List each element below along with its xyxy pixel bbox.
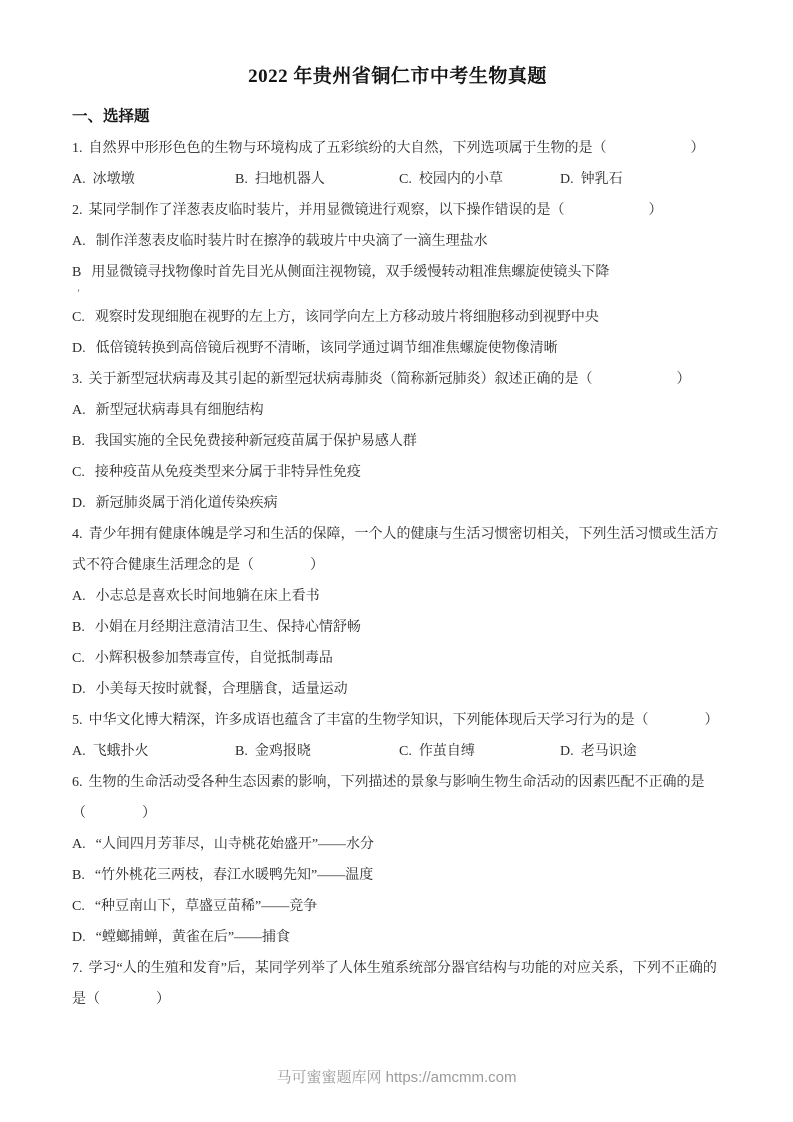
option-label: A. [72,589,86,604]
option-label: D. [560,172,574,187]
question-stem: 4.青少年拥有健康体魄是学习和生活的保障，一个人的健康与生活习惯密切相关，下列生… [72,519,723,581]
page-title: 2022 年贵州省铜仁市中考生物真题 [72,64,723,90]
question-stem: 1.自然界中形形色色的生物与环境构成了五彩缤纷的大自然，下列选项属于生物的是（ … [72,133,723,164]
question-3: 3.关于新型冠状病毒及其引起的新型冠状病毒肺炎（简称新冠肺炎）叙述正确的是（ ）… [72,364,723,519]
option-b: B.扫地机器人 [235,164,399,195]
question-4: 4.青少年拥有健康体魄是学习和生活的保障，一个人的健康与生活习惯密切相关，下列生… [72,519,723,705]
option-label: C. [72,465,85,480]
option-label: D. [560,744,574,759]
option-a: A.制作洋葱表皮临时装片时在擦净的载玻片中央滴了一滴生理盐水 [72,226,723,257]
option-text: 小辉积极参加禁毒宣传，自觉抵制毒品 [95,651,333,666]
option-text: 金鸡报晓 [255,744,311,759]
option-label: B. [72,868,85,883]
question-number: 1. [72,141,83,156]
option-label: C. [399,172,412,187]
answer-blank: （ ） [72,806,156,821]
question-6: 6.生物的生命活动受各种生态因素的影响，下列描述的景象与影响生物生命活动的因素匹… [72,767,723,953]
options-row: A.冰墩墩B.扫地机器人C.校园内的小草D.钟乳石 [72,164,723,195]
option-label: B. [235,744,248,759]
question-5: 5.中华文化博大精深，许多成语也蕴含了丰富的生物学知识，下列能体现后天学习行为的… [72,705,723,767]
question-stem: 5.中华文化博大精深，许多成语也蕴含了丰富的生物学知识，下列能体现后天学习行为的… [72,705,723,736]
option-text: 接种疫苗从免疫类型来分属于非特异性免疫 [95,465,361,480]
option-d: D.低倍镜转换到高倍镜后视野不清晰，该同学通过调节细准焦螺旋使物像清晰 [72,333,723,364]
question-stem: 3.关于新型冠状病毒及其引起的新型冠状病毒肺炎（简称新冠肺炎）叙述正确的是（ ） [72,364,723,395]
option-text: 用显微镜寻找物像时首先目光从侧面注视物镜，双手缓慢转动粗准焦螺旋使镜头下降 [91,265,609,280]
option-label: C. [72,310,85,325]
question-text: 关于新型冠状病毒及其引起的新型冠状病毒肺炎（简称新冠肺炎）叙述正确的是 [89,372,579,387]
option-label: D. [72,930,86,945]
page-content: 2022 年贵州省铜仁市中考生物真题 一、选择题 1.自然界中形形色色的生物与环… [72,0,723,1015]
option-label: C. [72,899,85,914]
question-text: 青少年拥有健康体魄是学习和生活的保障，一个人的健康与生活习惯密切相关，下列生活习… [72,527,719,573]
question-number: 2. [72,203,83,218]
option-c: C.作茧自缚 [399,736,560,767]
option-text: 我国实施的全民免费接种新冠疫苗属于保护易感人群 [95,434,417,449]
option-d: D.钟乳石 [560,164,623,195]
question-7: 7.学习“人的生殖和发育”后，某同学列举了人体生殖系统部分器官结构与功能的对应关… [72,953,723,1015]
option-text: 飞蛾扑火 [93,744,149,759]
section-heading: 一、选择题 [72,106,723,128]
option-label: D. [72,682,86,697]
option-label: A. [72,744,86,759]
option-label: B. [72,434,85,449]
question-number: 5. [72,713,83,728]
question-text: 生物的生命活动受各种生态因素的影响，下列描述的景象与影响生物生命活动的因素匹配不… [89,775,705,790]
answer-blank: （ ） [579,372,691,387]
question-stem: 6.生物的生命活动受各种生态因素的影响，下列描述的景象与影响生物生命活动的因素匹… [72,767,723,829]
option-c: C.校园内的小草 [399,164,560,195]
option-b: B用显微镜寻找物像时首先目光从侧面注视物镜，双手缓慢转动粗准焦螺旋使镜头下降 [72,257,723,288]
answer-blank: （ ） [593,141,705,156]
question-list: 1.自然界中形形色色的生物与环境构成了五彩缤纷的大自然，下列选项属于生物的是（ … [72,133,723,1015]
options-row: A.飞蛾扑火B.金鸡报晓C.作茧自缚D.老马识途 [72,736,723,767]
option-a: A.小志总是喜欢长时间地躺在床上看书 [72,581,723,612]
question-number: 3. [72,372,83,387]
option-text: 新冠肺炎属于消化道传染疾病 [96,496,278,511]
question-text: 中华文化博大精深，许多成语也蕴含了丰富的生物学知识，下列能体现后天学习行为的是 [89,713,635,728]
option-text: “人间四月芳菲尽，山寺桃花始盛开”——水分 [96,837,374,852]
option-d: D.“螳螂捕蝉，黄雀在后”——捕食 [72,922,723,953]
option-text: 作茧自缚 [419,744,475,759]
option-label: B. [72,620,85,635]
option-a: A.新型冠状病毒具有细胞结构 [72,395,723,426]
option-label: D. [72,496,86,511]
option-label: A. [72,172,86,187]
option-text: 制作洋葱表皮临时装片时在擦净的载玻片中央滴了一滴生理盐水 [96,234,488,249]
option-text: 老马识途 [581,744,637,759]
option-c: C.“种豆南山下，草盛豆苗稀”——竞争 [72,891,723,922]
answer-blank: （ ） [635,713,719,728]
option-a: A.飞蛾扑火 [72,736,235,767]
document-page: 2022 年贵州省铜仁市中考生物真题 一、选择题 1.自然界中形形色色的生物与环… [0,0,793,1122]
option-text: 校园内的小草 [419,172,503,187]
option-label: D. [72,341,86,356]
question-number: 4. [72,527,83,542]
answer-blank: （ ） [551,203,663,218]
option-text: 小美每天按时就餐，合理膳食，适量运动 [96,682,348,697]
option-b: B.“竹外桃花三两枝，春江水暖鸭先知”——温度 [72,860,723,891]
question-stem: 7.学习“人的生殖和发育”后，某同学列举了人体生殖系统部分器官结构与功能的对应关… [72,953,723,1015]
option-b: B.金鸡报晓 [235,736,399,767]
option-text: 新型冠状病毒具有细胞结构 [96,403,264,418]
option-text: 低倍镜转换到高倍镜后视野不清晰，该同学通过调节细准焦螺旋使物像清晰 [96,341,558,356]
option-text: 观察时发现细胞在视野的左上方，该同学向左上方移动玻片将细胞移动到视野中央 [95,310,599,325]
option-label: A. [72,403,86,418]
option-c: C.观察时发现细胞在视野的左上方，该同学向左上方移动玻片将细胞移动到视野中央 [72,302,723,333]
option-b: B.小娟在月经期注意清洁卫生、保持心情舒畅 [72,612,723,643]
option-text: 冰墩墩 [93,172,135,187]
option-text: 小娟在月经期注意清洁卫生、保持心情舒畅 [95,620,361,635]
option-text: 钟乳石 [581,172,623,187]
question-number: 6. [72,775,83,790]
option-c: C.接种疫苗从免疫类型来分属于非特异性免疫 [72,457,723,488]
option-d: D.老马识途 [560,736,637,767]
option-a: A.“人间四月芳菲尽，山寺桃花始盛开”——水分 [72,829,723,860]
option-label: C. [399,744,412,759]
option-text: 扫地机器人 [255,172,325,187]
option-d: D.新冠肺炎属于消化道传染疾病 [72,488,723,519]
question-2: 2.某同学制作了洋葱表皮临时装片，并用显微镜进行观察，以下操作错误的是（ ） A… [72,195,723,364]
question-number: 7. [72,961,83,976]
option-label: A. [72,837,86,852]
option-c: C.小辉积极参加禁毒宣传，自觉抵制毒品 [72,643,723,674]
option-b: B.我国实施的全民免费接种新冠疫苗属于保护易感人群 [72,426,723,457]
question-1: 1.自然界中形形色色的生物与环境构成了五彩缤纷的大自然，下列选项属于生物的是（ … [72,133,723,195]
option-a: A.冰墩墩 [72,164,235,195]
question-text: 自然界中形形色色的生物与环境构成了五彩缤纷的大自然，下列选项属于生物的是 [89,141,593,156]
option-label: B [72,265,81,280]
option-label: A. [72,234,86,249]
question-stem: 2.某同学制作了洋葱表皮临时装片，并用显微镜进行观察，以下操作错误的是（ ） [72,195,723,226]
stray-mark: ’ [77,288,80,298]
answer-blank: （ ） [240,558,324,573]
stray-dot-artifact: ’ [72,288,723,302]
footer-watermark: 马可蜜蜜题库网 https://amcmm.com [0,1066,793,1087]
option-d: D.小美每天按时就餐，合理膳食，适量运动 [72,674,723,705]
option-label: C. [72,651,85,666]
option-label: B. [235,172,248,187]
option-text: “螳螂捕蝉，黄雀在后”——捕食 [96,930,290,945]
option-text: 小志总是喜欢长时间地躺在床上看书 [96,589,320,604]
answer-blank: （ ） [86,992,170,1007]
question-text: 某同学制作了洋葱表皮临时装片，并用显微镜进行观察，以下操作错误的是 [89,203,551,218]
option-text: “竹外桃花三两枝，春江水暖鸭先知”——温度 [95,868,373,883]
option-text: “种豆南山下，草盛豆苗稀”——竞争 [95,899,317,914]
